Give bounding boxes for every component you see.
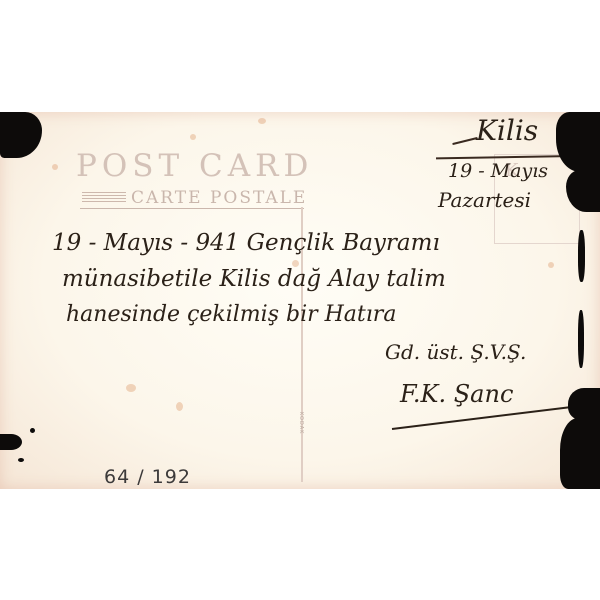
- damage-blot-right-lower: [568, 388, 600, 420]
- foxing-spot: [548, 262, 554, 268]
- signature-underline: [392, 406, 575, 430]
- damage-speck: [18, 458, 24, 462]
- signer-rank: Gd. üst. Ş.V.Ş.: [385, 340, 526, 364]
- subtitle-underline: [80, 208, 304, 209]
- foxing-spot: [190, 134, 196, 140]
- signature: F.K. Şanc: [400, 380, 513, 408]
- damage-speck: [30, 428, 35, 433]
- foxing-spot: [52, 164, 58, 170]
- foxing-spot: [126, 384, 136, 392]
- address-date: 19 - Mayıs: [448, 160, 548, 182]
- postcard-back: POST CARD CARTE POSTALE KODAK K Kilis 19…: [0, 112, 600, 489]
- foxing-spot: [176, 402, 183, 411]
- damage-blot-bottom-right: [560, 418, 600, 489]
- address-day: Pazartesi: [438, 188, 531, 212]
- damage-streak-right: [578, 310, 584, 368]
- postcard-title: POST CARD: [76, 148, 313, 184]
- damage-blot-left: [0, 434, 22, 450]
- foxing-spot: [258, 118, 266, 124]
- damage-blot-top-left: [0, 112, 42, 158]
- address-name: Kilis: [476, 114, 538, 147]
- address-swoosh: [452, 137, 478, 145]
- message-line-1: 19 - Mayıs - 941 Gençlik Bayramı: [52, 230, 440, 256]
- message-line-3: hanesinde çekilmiş bir Hatıra: [66, 302, 396, 327]
- decorative-lines: [82, 192, 126, 204]
- message-line-2: münasibetile Kilis dağ Alay talim: [62, 266, 446, 292]
- damage-streak-right: [578, 230, 585, 282]
- divider-imprint: KODAK: [298, 412, 304, 434]
- carte-postale-subtitle: CARTE POSTALE: [131, 188, 307, 208]
- damage-blot-top-right: [556, 112, 600, 172]
- archive-number: 64 / 192: [104, 466, 191, 488]
